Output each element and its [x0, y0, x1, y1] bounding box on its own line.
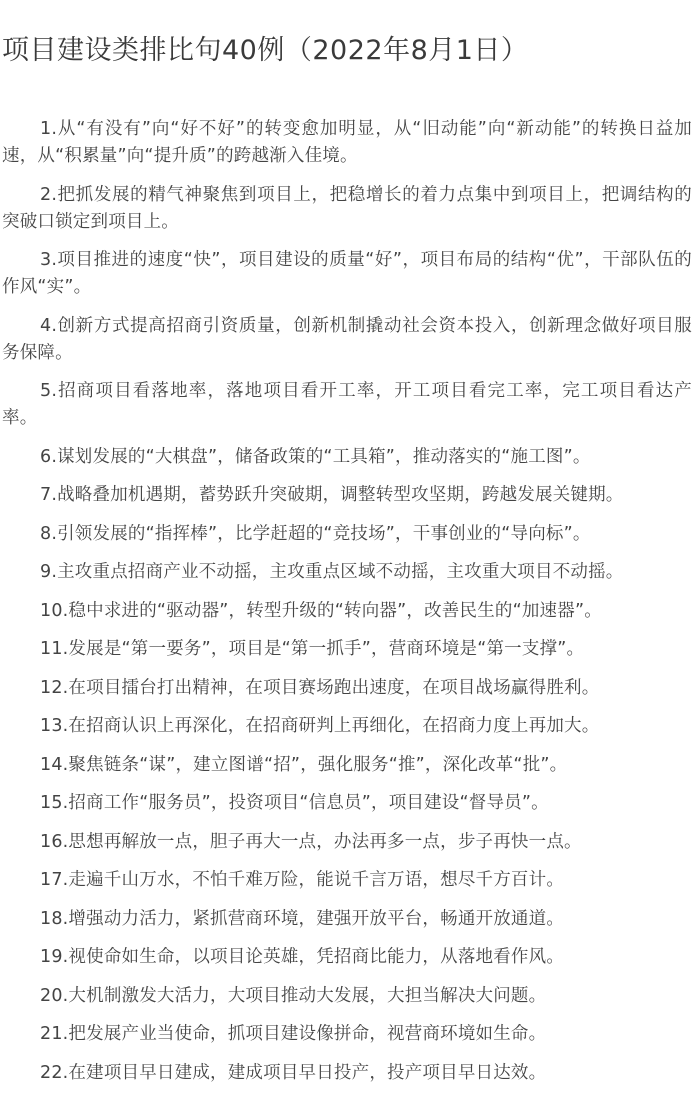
list-item: 21.把发展产业当使命，抓项目建设像拼命，视营商环境如生命。 [2, 1021, 692, 1048]
article-body: 1.从“有没有”向“好不好”的转变愈加明显，从“旧动能”向“新动能”的转换日益加… [2, 116, 692, 1097]
list-item: 10.稳中求进的“驱动器”，转型升级的“转向器”，改善民生的“加速器”。 [2, 598, 692, 625]
list-item: 20.大机制激发大活力，大项目推动大发展，大担当解决大问题。 [2, 983, 692, 1010]
list-item: 18.增强动力活力，紧抓营商环境，建强开放平台，畅通开放通道。 [2, 906, 692, 933]
list-item: 17.走遍千山万水，不怕千难万险，能说千言万语，想尽千方百计。 [2, 867, 692, 894]
page-title: 项目建设类排比句40例（2022年8月1日） [2, 33, 528, 69]
list-item: 5.招商项目看落地率，落地项目看开工率，开工项目看完工率，完工项目看达产率。 [2, 378, 692, 432]
list-item: 2.把抓发展的精气神聚焦到项目上，把稳增长的着力点集中到项目上，把调结构的突破口… [2, 182, 692, 236]
list-item: 1.从“有没有”向“好不好”的转变愈加明显，从“旧动能”向“新动能”的转换日益加… [2, 116, 692, 170]
list-item: 13.在招商认识上再深化，在招商研判上再细化，在招商力度上再加大。 [2, 713, 692, 740]
list-item: 4.创新方式提高招商引资质量，创新机制撬动社会资本投入，创新理念做好项目服务保障… [2, 313, 692, 367]
list-item: 6.谋划发展的“大棋盘”，储备政策的“工具箱”，推动落实的“施工图”。 [2, 444, 692, 471]
list-item: 19.视使命如生命，以项目论英雄，凭招商比能力，从落地看作风。 [2, 944, 692, 971]
list-item: 15.招商工作“服务员”，投资项目“信息员”，项目建设“督导员”。 [2, 790, 692, 817]
list-item: 12.在项目擂台打出精神，在项目赛场跑出速度，在项目战场赢得胜利。 [2, 675, 692, 702]
list-item: 8.引领发展的“指挥棒”，比学赶超的“竞技场”，干事创业的“导向标”。 [2, 521, 692, 548]
list-item: 9.主攻重点招商产业不动摇，主攻重点区域不动摇，主攻重大项目不动摇。 [2, 559, 692, 586]
list-item: 22.在建项目早日建成，建成项目早日投产，投产项目早日达效。 [2, 1060, 692, 1087]
list-item: 7.战略叠加机遇期，蓄势跃升突破期，调整转型攻坚期，跨越发展关键期。 [2, 482, 692, 509]
list-item: 14.聚焦链条“谋”，建立图谱“招”，强化服务“推”，深化改革“批”。 [2, 752, 692, 779]
list-item: 11.发展是“第一要务”，项目是“第一抓手”，营商环境是“第一支撑”。 [2, 636, 692, 663]
list-item: 3.项目推进的速度“快”，项目建设的质量“好”，项目布局的结构“优”，干部队伍的… [2, 247, 692, 301]
list-item: 16.思想再解放一点，胆子再大一点，办法再多一点，步子再快一点。 [2, 829, 692, 856]
